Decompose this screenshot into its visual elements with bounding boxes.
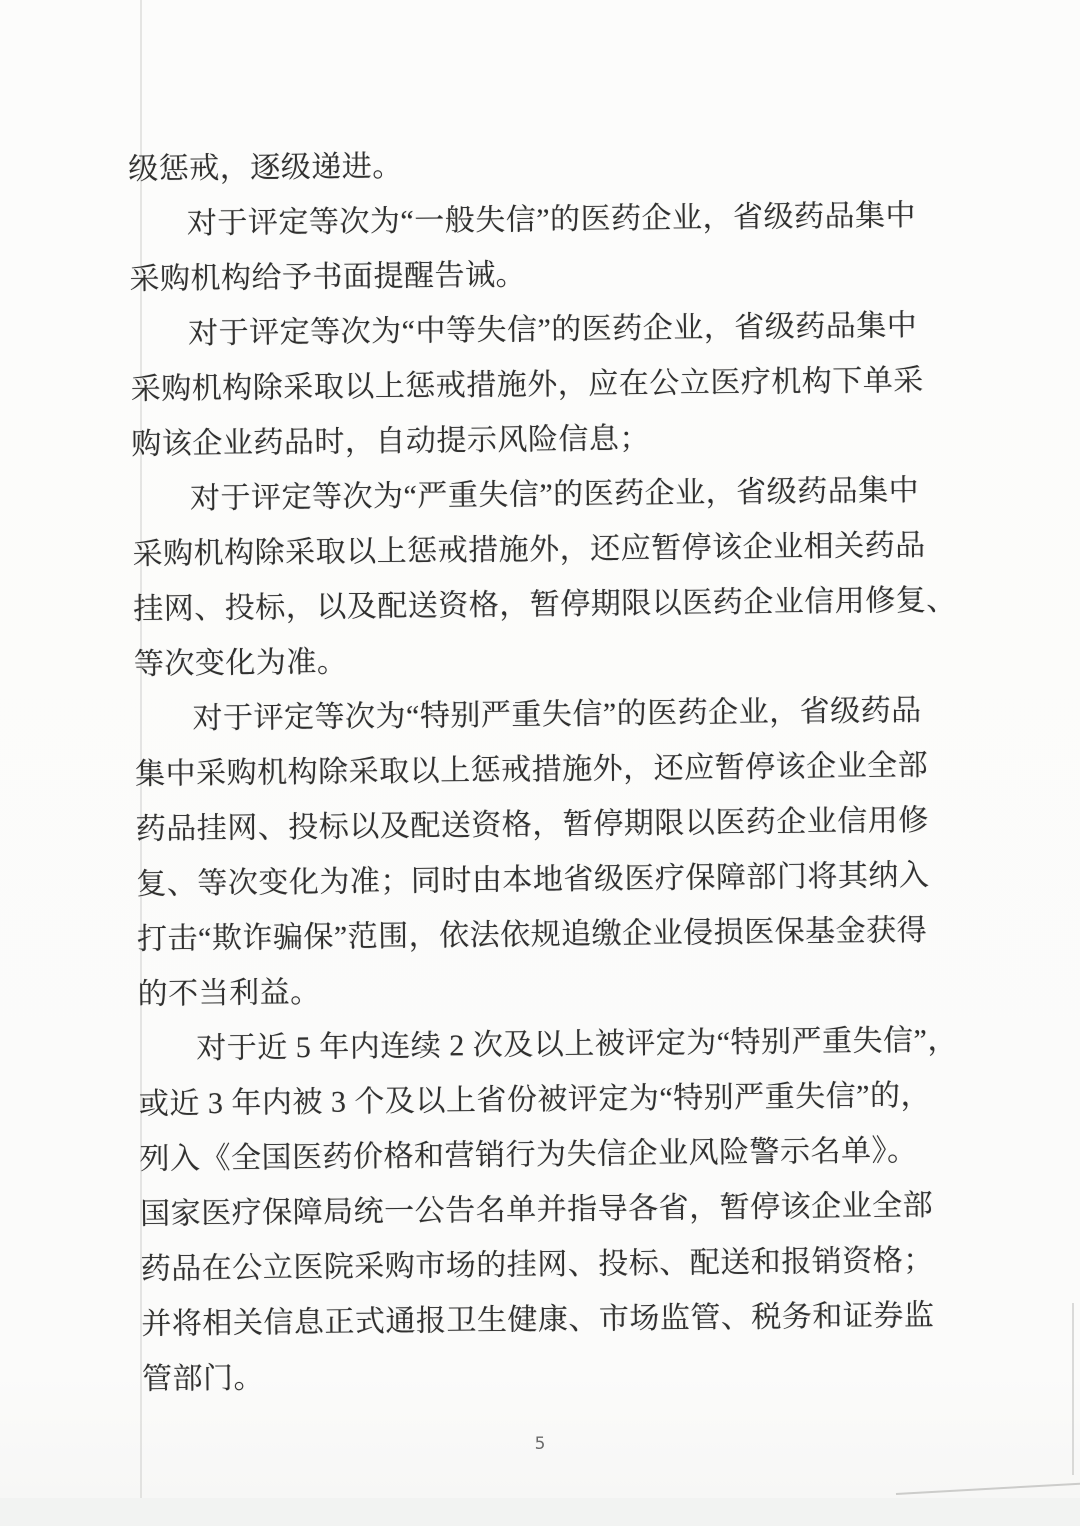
text-line: 购该企业药品时，自动提示风险信息； <box>131 408 944 472</box>
text-line: 药品挂网、投标以及配送资格，暂停期限以医药企业信用修 <box>135 793 948 857</box>
text-line: 级惩戒，逐级递进。 <box>128 133 941 197</box>
text-line: 列入《全国医药价格和营销行为失信企业风险警示名单》。 <box>139 1123 952 1187</box>
text-line: 或近 3 年内被 3 个及以上省份被评定为“特别严重失信”的， <box>139 1068 952 1132</box>
scan-bottom-strip <box>0 1498 1080 1526</box>
text-line: 挂网、投标，以及配送资格，暂停期限以医药企业信用修复、 <box>133 573 946 637</box>
text-line: 复、等次变化为准；同时由本地省级医疗保障部门将其纳入 <box>136 848 949 912</box>
text-line: 的不当利益。 <box>137 958 950 1022</box>
text-line: 对于近 5 年内连续 2 次及以上被评定为“特别严重失信”， <box>138 1013 951 1077</box>
text-line: 采购机构给予书面提醒告诫。 <box>129 243 942 307</box>
page-number: 5 <box>500 1434 580 1454</box>
text-line: 管部门。 <box>142 1343 955 1407</box>
text-line: 采购机构除采取以上惩戒措施外，应在公立医疗机构下单采 <box>130 353 943 417</box>
text-line: 采购机构除采取以上惩戒措施外，还应暂停该企业相关药品 <box>132 518 945 582</box>
page-edge-right-artifact <box>1072 1303 1074 1475</box>
text-line: 对于评定等次为“严重失信”的医药企业，省级药品集中 <box>132 463 945 527</box>
text-line: 并将相关信息正式通报卫生健康、市场监管、税务和证券监 <box>141 1288 954 1352</box>
text-line: 等次变化为准。 <box>134 628 947 692</box>
page-edge-bottom-artifact <box>896 1483 1080 1495</box>
text-line: 药品在公立医院采购市场的挂网、投标、配送和报销资格； <box>140 1233 953 1297</box>
text-line: 对于评定等次为“特别严重失信”的医药企业，省级药品 <box>134 683 947 747</box>
scanned-document-page: 级惩戒，逐级递进。对于评定等次为“一般失信”的医药企业，省级药品集中采购机构给予… <box>0 0 1080 1526</box>
text-line: 对于评定等次为“一般失信”的医药企业，省级药品集中 <box>129 188 942 252</box>
document-body: 级惩戒，逐级递进。对于评定等次为“一般失信”的医药企业，省级药品集中采购机构给予… <box>128 133 954 1407</box>
text-line: 集中采购机构除采取以上惩戒措施外，还应暂停该企业全部 <box>135 738 948 802</box>
text-line: 对于评定等次为“中等失信”的医药企业，省级药品集中 <box>130 298 943 362</box>
text-line: 打击“欺诈骗保”范围，依法依规追缴企业侵损医保基金获得 <box>137 903 950 967</box>
text-line: 国家医疗保障局统一公告名单并指导各省，暂停该企业全部 <box>140 1178 953 1242</box>
